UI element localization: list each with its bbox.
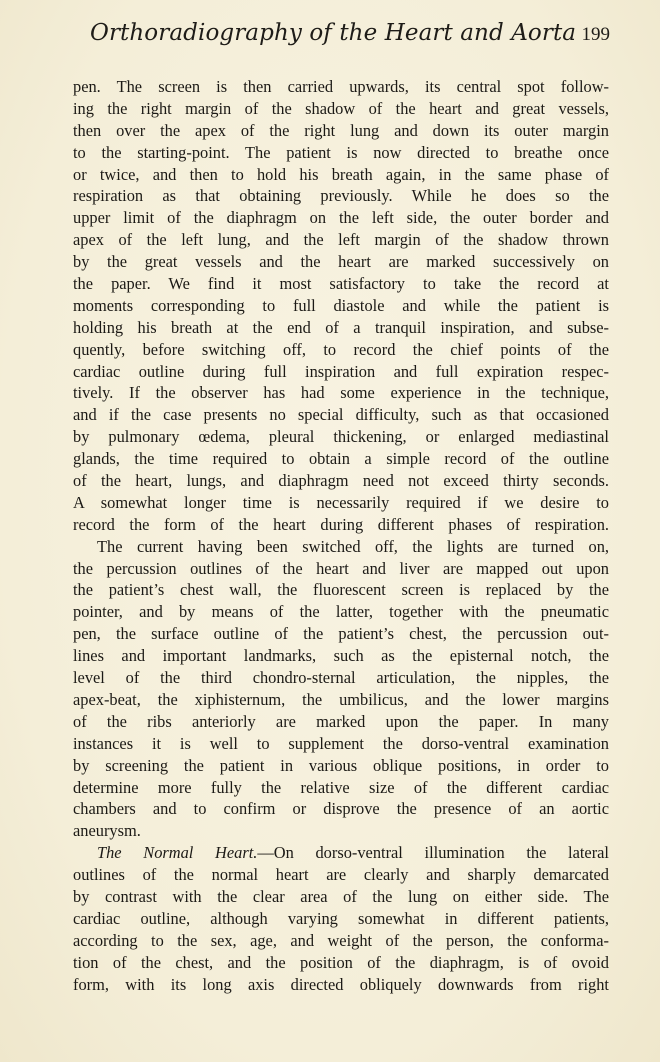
text-line: or twice, and then to hold his breath ag… bbox=[73, 164, 609, 186]
paragraph-normal-heart: The Normal Heart.—On dorso-ventral illum… bbox=[73, 842, 609, 995]
text-line: lines and important landmarks, such as t… bbox=[73, 645, 609, 667]
text-line: level of the third chondro-sternal artic… bbox=[73, 667, 609, 689]
text-line: tion of the chest, and the position of t… bbox=[73, 952, 609, 974]
text-line: of the ribs anteriorly are marked upon t… bbox=[73, 711, 609, 733]
page-number: 199 bbox=[582, 24, 611, 46]
text-line: the percussion outlines of the heart and… bbox=[73, 558, 609, 580]
text-line: by pulmonary œdema, pleural thickening, … bbox=[73, 426, 609, 448]
text-line: by screening the patient in various obli… bbox=[73, 755, 609, 777]
text-line: glands, the time required to obtain a si… bbox=[73, 448, 609, 470]
text-line: according to the sex, age, and weight of… bbox=[73, 930, 609, 952]
text-line: and if the case presents no special diff… bbox=[73, 404, 609, 426]
text-line: pen. The screen is then carried upwards,… bbox=[73, 76, 609, 98]
running-head: Orthoradiography of the Heart and Aorta … bbox=[90, 20, 610, 54]
text-line: by contrast with the clear area of the l… bbox=[73, 886, 609, 908]
running-title: Orthoradiography of the Heart and Aorta bbox=[90, 20, 576, 46]
text-line: upper limit of the diaphragm on the left… bbox=[73, 207, 609, 229]
text-line: A somewhat longer time is necessarily re… bbox=[73, 492, 609, 514]
text-line: respiration as that obtaining previously… bbox=[73, 185, 609, 207]
book-page: Orthoradiography of the Heart and Aorta … bbox=[0, 0, 660, 1062]
text-line: outlines of the normal heart are clearly… bbox=[73, 864, 609, 886]
text-line: by the great vessels and the heart are m… bbox=[73, 251, 609, 273]
paragraph-continuation: pen. The screen is then carried upwards,… bbox=[73, 76, 609, 536]
text-line: form, with its long axis directed obliqu… bbox=[73, 974, 609, 996]
text-line: cardiac outline during full inspiration … bbox=[73, 361, 609, 383]
text-line: cardiac outline, although varying somewh… bbox=[73, 908, 609, 930]
text-line: The current having been switched off, th… bbox=[73, 536, 609, 558]
text-line: to the starting-point. The patient is no… bbox=[73, 142, 609, 164]
paragraph-procedure: The current having been switched off, th… bbox=[73, 536, 609, 842]
text-line: apex of the left lung, and the left marg… bbox=[73, 229, 609, 251]
text-line: tively. If the observer has had some exp… bbox=[73, 382, 609, 404]
text-line: record the form of the heart during diff… bbox=[73, 514, 609, 536]
text-line: then over the apex of the right lung and… bbox=[73, 120, 609, 142]
text-line: quently, before switching off, to record… bbox=[73, 339, 609, 361]
text-line: of the heart, lungs, and diaphragm need … bbox=[73, 470, 609, 492]
text-line: determine more fully the relative size o… bbox=[73, 777, 609, 799]
text-line: apex-beat, the xiphisternum, the umbilic… bbox=[73, 689, 609, 711]
text-line: ing the right margin of the shadow of th… bbox=[73, 98, 609, 120]
text-line: chambers and to confirm or disprove the … bbox=[73, 798, 609, 820]
text-line: instances it is well to supplement the d… bbox=[73, 733, 609, 755]
section-heading: The Normal Heart. bbox=[97, 843, 257, 862]
text-line: aneurysm. bbox=[73, 820, 609, 842]
body-text: pen. The screen is then carried upwards,… bbox=[73, 76, 609, 995]
text-line: holding his breath at the end of a tranq… bbox=[73, 317, 609, 339]
text-line: The Normal Heart.—On dorso-ventral illum… bbox=[73, 842, 609, 864]
text-line: moments corresponding to full diastole a… bbox=[73, 295, 609, 317]
text-line: pointer, and by means of the latter, tog… bbox=[73, 601, 609, 623]
text-line: the patient’s chest wall, the fluorescen… bbox=[73, 579, 609, 601]
text-line: pen, the surface outline of the patient’… bbox=[73, 623, 609, 645]
text-line: the paper. We find it most satisfactory … bbox=[73, 273, 609, 295]
heading-line-text: —On dorso-ventral illumination the later… bbox=[257, 843, 609, 862]
